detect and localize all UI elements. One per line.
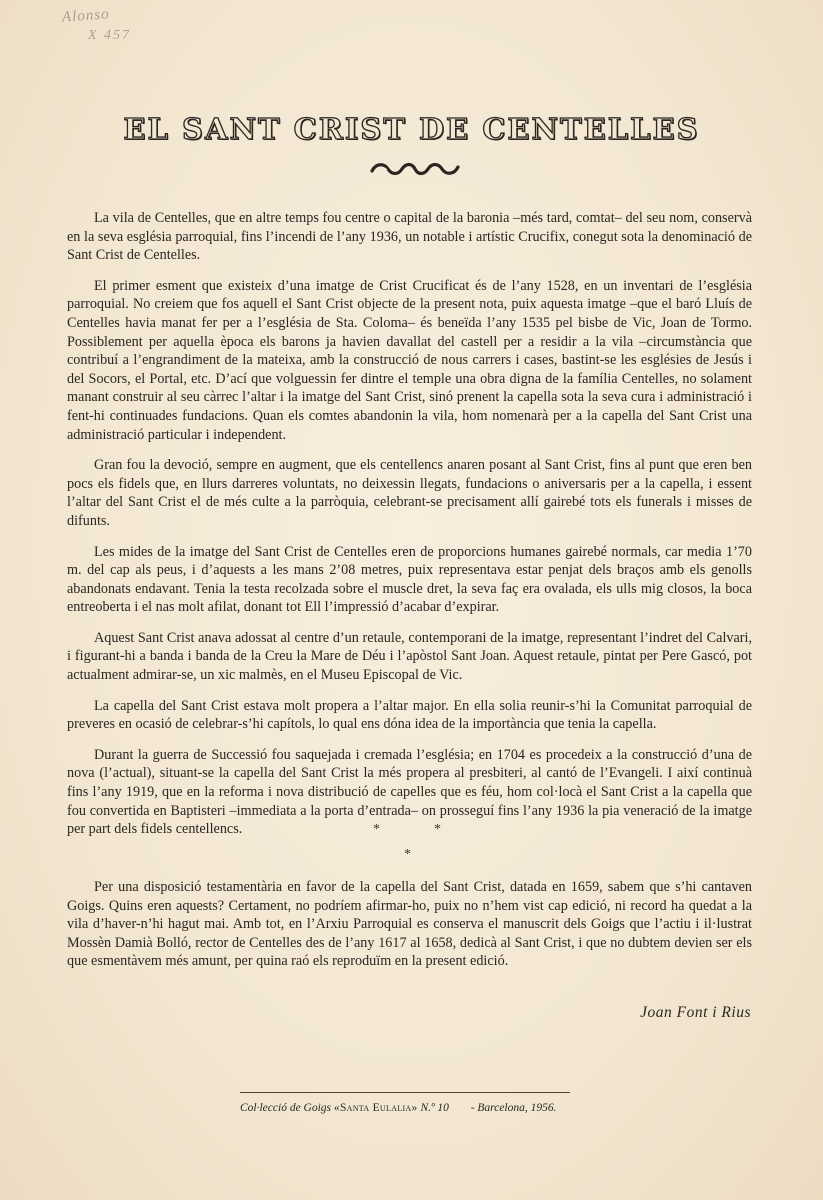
paragraph: Aquest Sant Crist anava adossat al centr… (67, 629, 752, 685)
article-body: La vila de Centelles, que en altre temps… (67, 209, 752, 851)
scroll-ornament-icon (370, 160, 460, 178)
author-signature: Joan Font i Rius (640, 1004, 751, 1022)
paragraph: Gran fou la devoció, sempre en augment, … (67, 456, 752, 530)
series-name: «Santa Eulalia» (334, 1102, 418, 1114)
closing-section: Per una disposició testamentària en favo… (67, 878, 752, 971)
footer-divider (240, 1092, 570, 1093)
pencil-annotation: Alonso (61, 6, 110, 26)
collection-name: Col·lecció de Goigs (240, 1102, 331, 1114)
page-title: EL SANT CRIST DE CENTELLES (0, 112, 823, 146)
asterisk-icon: * (434, 822, 441, 838)
series-number: N.º 10 (420, 1102, 449, 1114)
colophon: Col·lecció de Goigs «Santa Eulalia» N.º … (240, 1102, 600, 1114)
paragraph: El primer esment que existeix d’una imat… (67, 277, 752, 444)
pencil-catalog-number: X 457 (88, 28, 131, 44)
document-page: Alonso X 457 EL SANT CRIST DE CENTELLES … (0, 0, 823, 1200)
asterism-separator: * * * (0, 822, 823, 862)
paragraph: Per una disposició testamentària en favo… (67, 878, 752, 971)
place-date: - Barcelona, 1956. (471, 1102, 557, 1114)
asterisk-icon: * (404, 847, 411, 863)
paragraph: La vila de Centelles, que en altre temps… (67, 209, 752, 265)
paragraph: Les mides de la imatge del Sant Crist de… (67, 543, 752, 617)
paragraph: La capella del Sant Crist estava molt pr… (67, 697, 752, 734)
asterisk-icon: * (373, 822, 380, 838)
